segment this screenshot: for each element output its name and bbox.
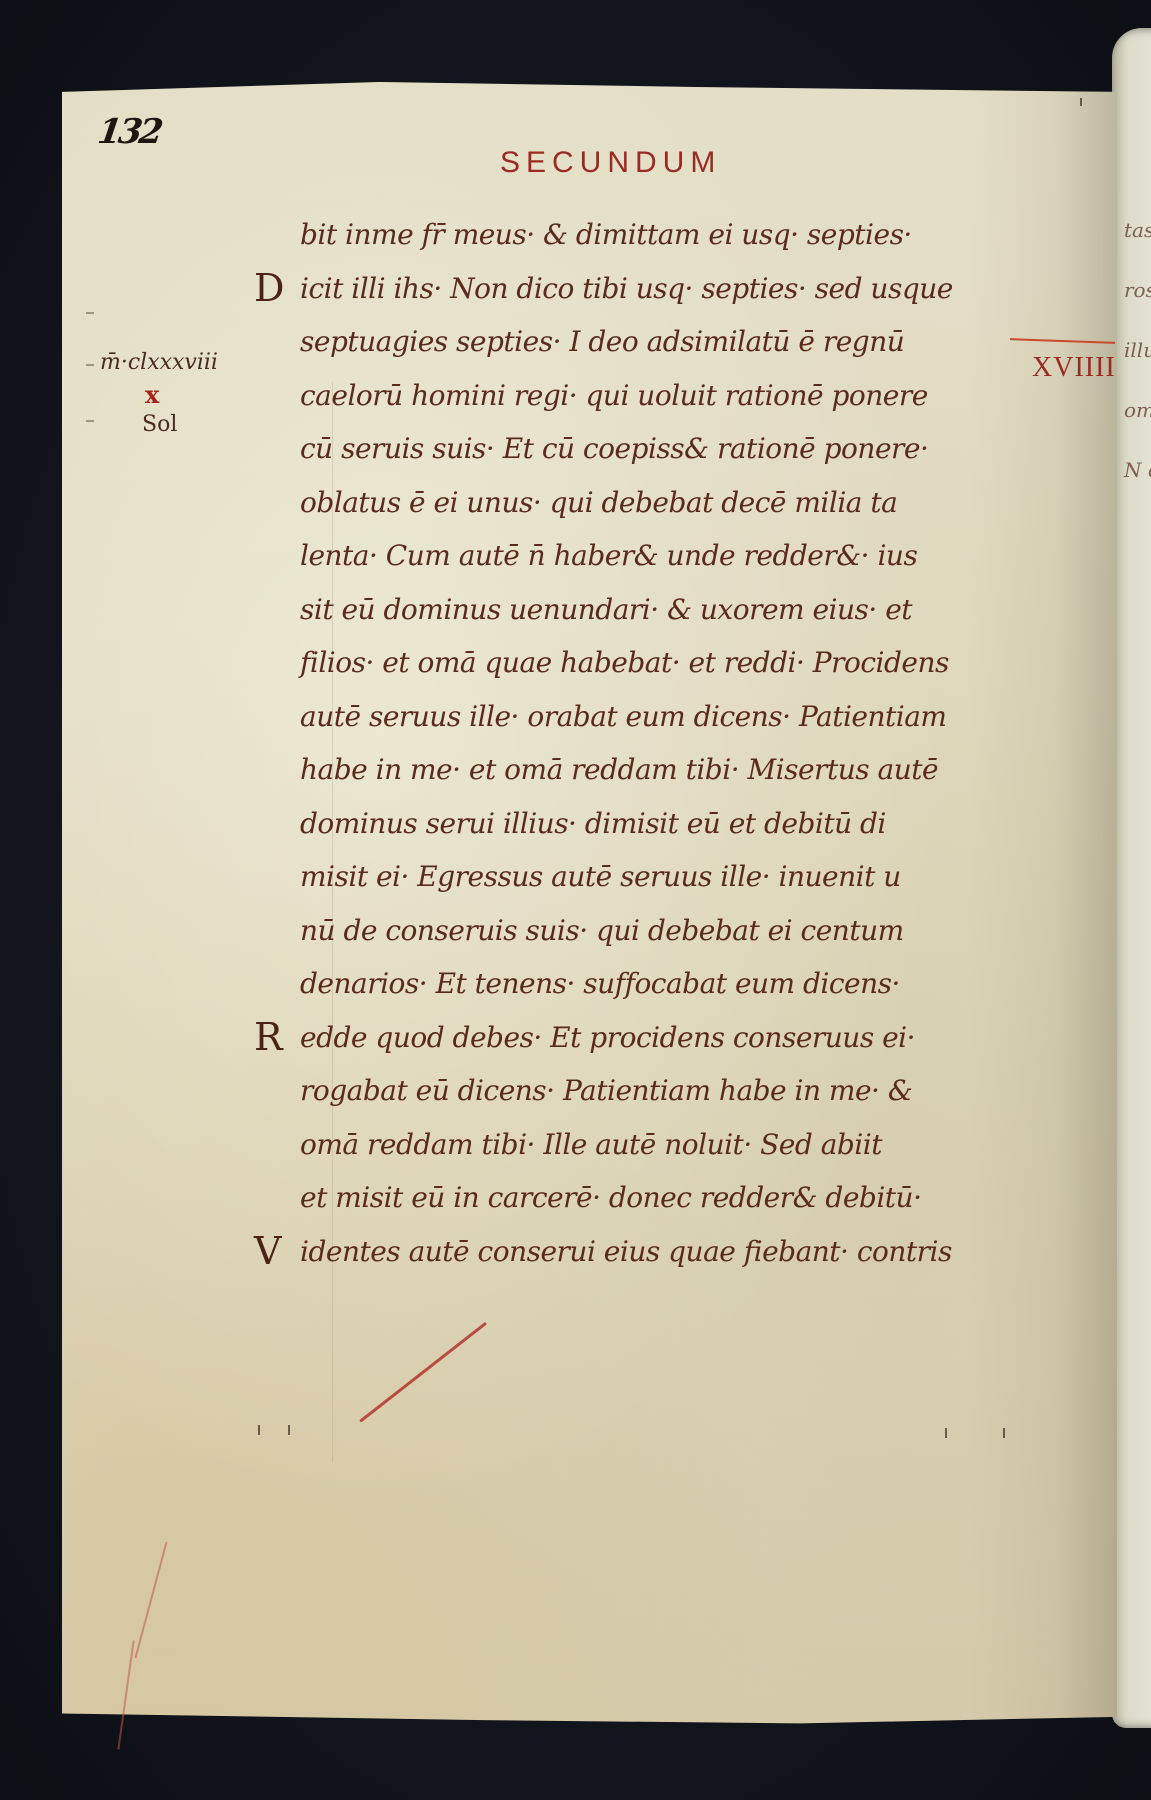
line-text: edde quod debes· Et procidens conseruus … [300, 1021, 915, 1054]
text-line: lenta· Cum autē n̄ haber& unde redder&· … [300, 529, 1020, 583]
line-text: cū seruis suis· Et cū coepiss& rationē p… [300, 432, 928, 465]
text-line: sit eū dominus uenundari· & uxorem eius·… [300, 583, 1020, 637]
facing-page-fragment: omn [1124, 398, 1151, 422]
line-text: omā reddam tibi· Ille autē noluit· Sed a… [300, 1128, 882, 1161]
text-line: omā reddam tibi· Ille autē noluit· Sed a… [300, 1118, 1020, 1172]
line-text: nū de conseruis suis· qui debebat ei cen… [300, 914, 904, 947]
line-text: filios· et omā quae habebat· et reddi· P… [300, 646, 949, 679]
text-line: et misit eū in carcerē· donec redder& de… [300, 1171, 1020, 1225]
chapter-number: XVIIII [1032, 352, 1116, 384]
initial-letter: R [254, 1011, 282, 1065]
line-text: identes autē conserui eius quae fiebant·… [300, 1235, 952, 1268]
text-line: misit ei· Egressus autē seruus ille· inu… [300, 850, 1020, 904]
main-text-block: bit inme fr̄ meus· & dimittam ei usq· se… [300, 208, 1020, 1278]
prick-mark [86, 312, 94, 314]
text-line: Redde quod debes· Et procidens conseruus… [300, 1011, 1020, 1065]
initial-letter: V [254, 1225, 281, 1279]
initial-letter: D [254, 262, 284, 316]
prick-mark [258, 1425, 260, 1435]
text-line: Dicit illi ihs· Non dico tibi usq· septi… [300, 262, 1020, 316]
line-text: habe in me· et omā reddam tibi· Misertus… [300, 753, 938, 786]
text-line: bit inme fr̄ meus· & dimittam ei usq· se… [300, 208, 1020, 262]
margin-reference: m̄·clxxxviii [100, 350, 218, 375]
text-line: denarios· Et tenens· suffocabat eum dice… [300, 957, 1020, 1011]
line-text: et misit eū in carcerē· donec redder& de… [300, 1181, 921, 1214]
facing-page-fragment: rosuam [1124, 278, 1151, 302]
line-text: denarios· Et tenens· suffocabat eum dice… [300, 967, 900, 1000]
prick-mark [1080, 98, 1082, 106]
facing-page-edge: tastum rosuam illud om omn N om [1112, 28, 1151, 1728]
line-text: caelorū homini regi· qui uoluit rationē … [300, 379, 928, 412]
margin-abbrev: Sol [142, 412, 177, 437]
line-text: rogabat eū dicens· Patientiam habe in me… [300, 1074, 912, 1107]
text-line: cū seruis suis· Et cū coepiss& rationē p… [300, 422, 1020, 476]
text-line: rogabat eū dicens· Patientiam habe in me… [300, 1064, 1020, 1118]
line-text: sit eū dominus uenundari· & uxorem eius·… [300, 593, 912, 626]
text-line: autē seruus ille· orabat eum dicens· Pat… [300, 690, 1020, 744]
margin-cross-mark: x [145, 380, 159, 409]
prick-mark [86, 364, 94, 366]
line-text: icit illi ihs· Non dico tibi usq· septie… [300, 272, 953, 305]
line-text: lenta· Cum autē n̄ haber& unde redder&· … [300, 539, 917, 572]
text-line: dominus serui illius· dimisit eū et debi… [300, 797, 1020, 851]
folio-number: 132 [95, 112, 163, 152]
text-line: caelorū homini regi· qui uoluit rationē … [300, 369, 1020, 423]
facing-page-fragment: illud om [1124, 338, 1151, 362]
prick-mark [288, 1425, 290, 1435]
prick-mark [86, 420, 94, 422]
text-line: nū de conseruis suis· qui debebat ei cen… [300, 904, 1020, 958]
text-line: septuagies septies· I deo adsimilatū ē r… [300, 315, 1020, 369]
line-text: dominus serui illius· dimisit eū et debi… [300, 807, 886, 840]
facing-page-fragment: tastum [1124, 218, 1151, 242]
facing-page-fragment: N om [1124, 458, 1151, 482]
text-line: filios· et omā quae habebat· et reddi· P… [300, 636, 1020, 690]
line-text: oblatus ē ei unus· qui debebat decē mili… [300, 486, 897, 519]
line-text: septuagies septies· I deo adsimilatū ē r… [300, 325, 904, 358]
line-text: misit ei· Egressus autē seruus ille· inu… [300, 860, 901, 893]
prick-mark [1003, 1428, 1005, 1438]
prick-mark [945, 1428, 947, 1438]
running-title: SECUNDUM [500, 146, 721, 180]
text-line: habe in me· et omā reddam tibi· Misertus… [300, 743, 1020, 797]
line-text: autē seruus ille· orabat eum dicens· Pat… [300, 700, 946, 733]
text-line: oblatus ē ei unus· qui debebat decē mili… [300, 476, 1020, 530]
text-line: Videntes autē conserui eius quae fiebant… [300, 1225, 1020, 1279]
line-text: bit inme fr̄ meus· & dimittam ei usq· se… [300, 218, 912, 251]
